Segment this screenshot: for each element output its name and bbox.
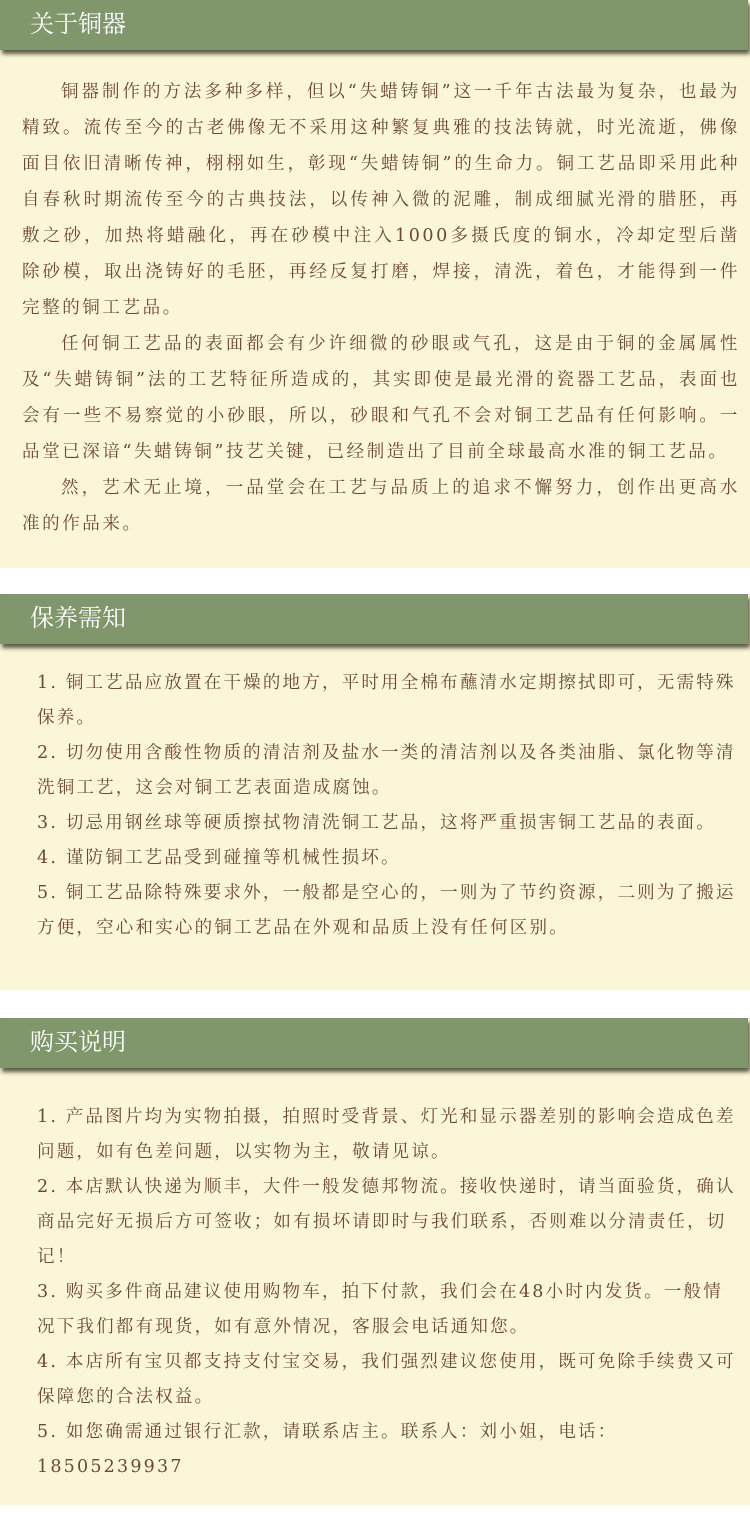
section-title: 购买说明 <box>30 1027 126 1057</box>
list-item: 2. 本店默认快递为顺丰，大件一般发德邦物流。接收快递时，请当面验货，确认商品完… <box>37 1170 737 1275</box>
list-item: 5. 铜工艺品除特殊要求外，一般都是空心的，一则为了节约资源，二则为了搬运方便，… <box>37 876 737 946</box>
list-item: 3. 切忌用钢丝球等硬质擦拭物清洗铜工艺品，这将严重损害铜工艺品的表面。 <box>37 806 737 841</box>
section-title: 保养需知 <box>30 603 126 633</box>
list-item: 4. 本店所有宝贝都支持支付宝交易，我们强烈建议您使用，既可免除手续费又可保障您… <box>37 1345 737 1415</box>
paragraph: 任何铜工艺品的表面都会有少许细微的砂眼或气孔，这是由于铜的金属属性及“失蜡铸铜”… <box>22 326 740 470</box>
section-header: 关于铜器 <box>0 0 748 50</box>
list-item: 2. 切勿使用含酸性物质的清洁剂及盐水一类的清洁剂以及各类油脂、氯化物等清洗铜工… <box>37 736 737 806</box>
purchase-notes-section: 购买说明 1. 产品图片均为实物拍摄，拍照时受背景、灯光和显示器差别的影响会造成… <box>0 1018 750 1505</box>
list-item: 3. 购买多件商品建议使用购物车，拍下付款，我们会在48小时内发货。一般情况下我… <box>37 1275 737 1345</box>
purchase-list: 1. 产品图片均为实物拍摄，拍照时受背景、灯光和显示器差别的影响会造成色差问题，… <box>37 1100 737 1485</box>
care-list: 1. 铜工艺品应放置在干燥的地方，平时用全棉布蘸清水定期擦拭即可，无需特殊保养。… <box>37 666 737 946</box>
section-title: 关于铜器 <box>30 9 126 39</box>
list-item: 5. 如您确需通过银行汇款，请联系店主。联系人：刘小姐，电话：185052399… <box>37 1415 737 1485</box>
section-body: 铜器制作的方法多种多样，但以“失蜡铸铜”这一千年古法最为复杂，也最为精致。流传至… <box>22 74 740 542</box>
paragraph: 铜器制作的方法多种多样，但以“失蜡铸铜”这一千年古法最为复杂，也最为精致。流传至… <box>22 74 740 326</box>
list-item: 4. 谨防铜工艺品受到碰撞等机械性损坏。 <box>37 841 737 876</box>
section-header: 保养需知 <box>0 594 748 644</box>
section-header: 购买说明 <box>0 1018 748 1068</box>
about-bronze-section: 关于铜器 铜器制作的方法多种多样，但以“失蜡铸铜”这一千年古法最为复杂，也最为精… <box>0 0 750 568</box>
list-item: 1. 产品图片均为实物拍摄，拍照时受背景、灯光和显示器差别的影响会造成色差问题，… <box>37 1100 737 1170</box>
paragraph: 然，艺术无止境，一品堂会在工艺与品质上的追求不懈努力，创作出更高水准的作品来。 <box>22 470 740 542</box>
care-instructions-section: 保养需知 1. 铜工艺品应放置在干燥的地方，平时用全棉布蘸清水定期擦拭即可，无需… <box>0 594 750 990</box>
list-item: 1. 铜工艺品应放置在干燥的地方，平时用全棉布蘸清水定期擦拭即可，无需特殊保养。 <box>37 666 737 736</box>
